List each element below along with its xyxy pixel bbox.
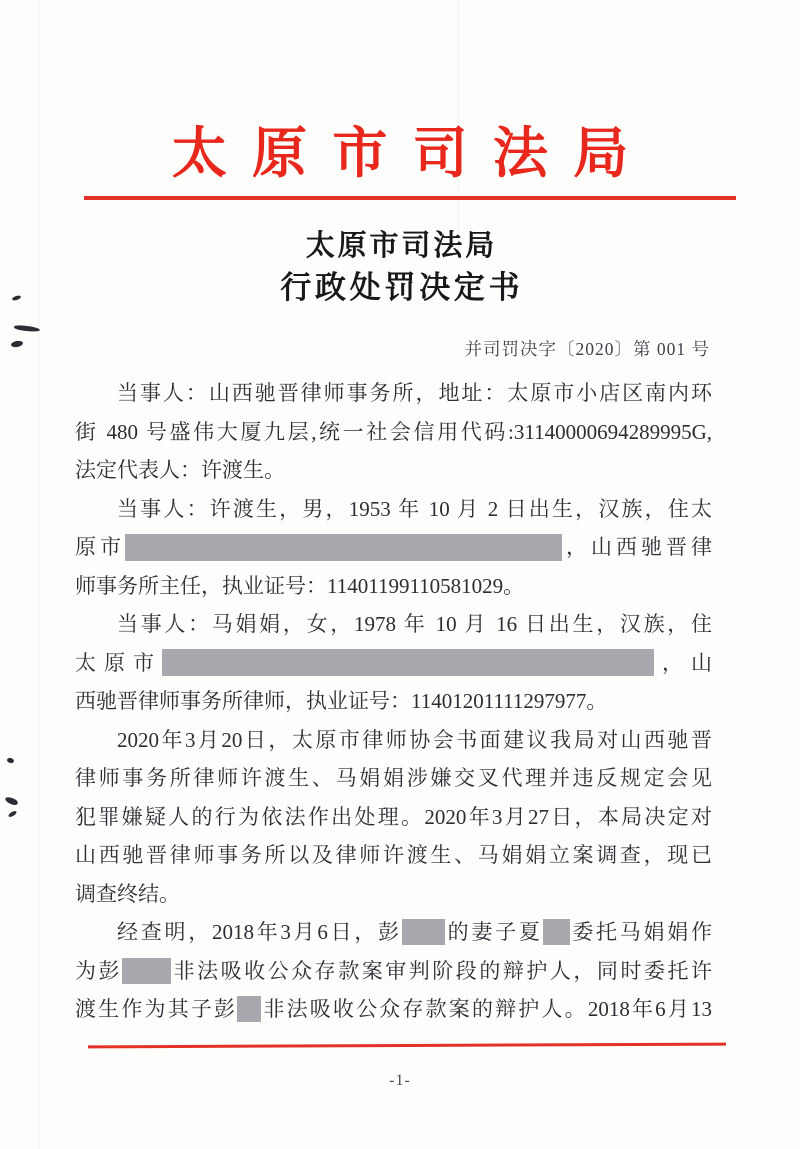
paragraph: 2020年3月20日，太原市律师协会书面建议我局对山西驰晋律师事务所律师许渡生、… (75, 721, 712, 914)
redaction-box (237, 996, 261, 1022)
body-text: 调查终结。 (75, 882, 180, 906)
body-text: 为彭 (75, 959, 122, 983)
paragraph: 当事人：山西驰晋律师事务所，地址：太原市小店区南内环街 480 号盛伟大厦九层,… (75, 374, 712, 490)
body-line: 律师事务所律师许渡生、马娟娟涉嫌交叉代理并违反规定会见 (75, 759, 712, 798)
body-text: 法定代表人：许渡生。 (75, 458, 285, 482)
redaction-box (122, 958, 171, 984)
body-text: 师事务所主任，执业证号：11401199110581029。 (75, 574, 524, 598)
paragraph: 当事人：马娟娟，女，1978 年 10 月 16 日出生，汉族，住太原市，山西驰… (75, 605, 712, 721)
page-number: -1- (0, 1072, 800, 1090)
scan-artifact (4, 796, 18, 807)
body-line: 渡生作为其子彭非法吸收公众存款案的辩护人。2018年6月13 (75, 990, 712, 1029)
body-text: ，山 (654, 651, 712, 675)
redaction-box (402, 919, 445, 945)
body-text: 山西驰晋律师事务所以及律师许渡生、马娟娟立案调查，现已 (75, 843, 712, 867)
body-text: 街 480 号盛伟大厦九层,统一社会信用代码:31140000694289995… (75, 420, 712, 444)
body-line: 当事人：山西驰晋律师事务所，地址：太原市小店区南内环 (75, 374, 712, 413)
scan-artifact (11, 340, 24, 348)
body-text: 当事人：许渡生，男，1953 年 10 月 2 日出生，汉族，住太 (117, 497, 712, 521)
document-title-line1: 太原市司法局 (0, 226, 800, 266)
redaction-box (543, 919, 570, 945)
body-line: 太原市，山 (75, 644, 712, 683)
agency-letterhead: 太原市司法局 (0, 122, 800, 186)
body-line: 西驰晋律师事务所律师，执业证号：11401201111297977。 (75, 682, 712, 721)
body-text: 当事人：马娟娟，女，1978 年 10 月 16 日出生，汉族，住 (117, 612, 712, 636)
paragraph: 经查明，2018年3月6日，彭的妻子夏委托马娟娟作为彭非法吸收公众存款案审判阶段… (75, 913, 712, 1029)
body-text: 2020年3月20日，太原市律师协会书面建议我局对山西驰晋 (117, 728, 712, 752)
body-text: 委托马娟娟作 (570, 920, 712, 944)
document-body: 当事人：山西驰晋律师事务所，地址：太原市小店区南内环街 480 号盛伟大厦九层,… (75, 374, 712, 1029)
body-text: 非法吸收公众存款案的辩护人。2018年6月13 (261, 997, 712, 1021)
body-line: 2020年3月20日，太原市律师协会书面建议我局对山西驰晋 (75, 721, 712, 760)
body-text: 原市 (75, 535, 125, 559)
body-line: 调查终结。 (75, 875, 712, 914)
body-text: 经查明，2018年3月6日，彭 (117, 920, 402, 944)
body-line: 法定代表人：许渡生。 (75, 451, 712, 490)
body-text: 太原市 (75, 651, 162, 675)
redaction-box (162, 649, 654, 676)
document-page: 太原市司法局 太原市司法局 行政处罚决定书 并司罚决字〔2020〕第 001 号… (0, 0, 800, 1149)
body-text: 西驰晋律师事务所律师，执业证号：11401201111297977。 (75, 689, 607, 713)
body-line: 经查明，2018年3月6日，彭的妻子夏委托马娟娟作 (75, 913, 712, 952)
document-number: 并司罚决字〔2020〕第 001 号 (465, 336, 711, 361)
scan-artifact (14, 325, 40, 333)
body-text: 渡生作为其子彭 (75, 997, 237, 1021)
body-text: 非法吸收公众存款案审判阶段的辩护人，同时委托许 (171, 959, 712, 983)
footer-rule (88, 1043, 726, 1049)
body-line: 街 480 号盛伟大厦九层,统一社会信用代码:31140000694289995… (75, 413, 712, 452)
body-line: 为彭非法吸收公众存款案审判阶段的辩护人，同时委托许 (75, 952, 712, 991)
body-line: 当事人：马娟娟，女，1978 年 10 月 16 日出生，汉族，住 (75, 605, 712, 644)
body-text: 的妻子夏 (445, 920, 543, 944)
body-text: 当事人：山西驰晋律师事务所，地址：太原市小店区南内环 (117, 381, 712, 405)
body-line: 山西驰晋律师事务所以及律师许渡生、马娟娟立案调查，现已 (75, 836, 712, 875)
body-line: 原市，山西驰晋律 (75, 528, 712, 567)
body-text: 犯罪嫌疑人的行为依法作出处理。2020年3月27日，本局决定对 (75, 805, 712, 829)
scan-artifact (6, 757, 14, 764)
redaction-box (125, 534, 562, 561)
scan-artifact (8, 810, 18, 818)
document-title-line2: 行政处罚决定书 (0, 266, 800, 310)
body-text: 律师事务所律师许渡生、马娟娟涉嫌交叉代理并违反规定会见 (75, 766, 712, 790)
body-line: 犯罪嫌疑人的行为依法作出处理。2020年3月27日，本局决定对 (75, 798, 712, 837)
paragraph: 当事人：许渡生，男，1953 年 10 月 2 日出生，汉族，住太原市，山西驰晋… (75, 490, 712, 606)
letterhead-rule (84, 196, 736, 200)
body-text: ，山西驰晋律 (562, 535, 712, 559)
document-title: 太原市司法局 行政处罚决定书 (0, 226, 800, 310)
body-line: 当事人：许渡生，男，1953 年 10 月 2 日出生，汉族，住太 (75, 490, 712, 529)
body-line: 师事务所主任，执业证号：11401199110581029。 (75, 567, 712, 606)
